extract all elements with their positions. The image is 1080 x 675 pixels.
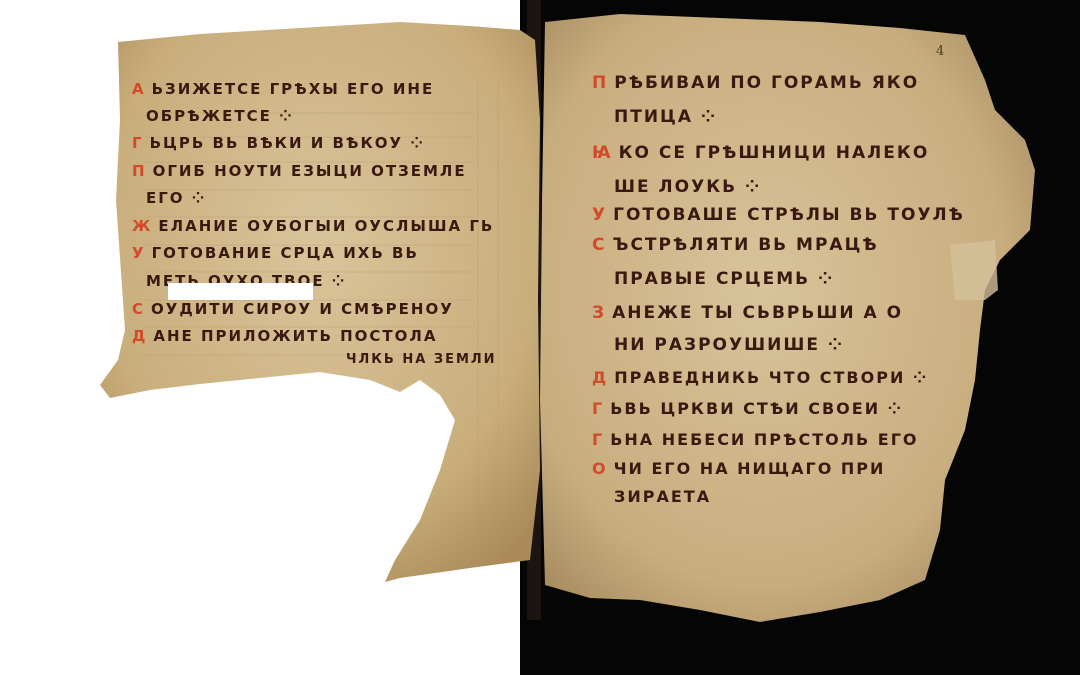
text-line: ЗАНЕЖЕ ТЫ СЬВРЬШИ А О (592, 303, 903, 323)
text-line: СЪСТРѢЛЯТИ ВЬ МРАЦѢ (592, 235, 879, 255)
text-line: ПТИЦА ⁘ (614, 107, 717, 127)
text-line: ШЕ ЛОУКЬ ⁘ (614, 177, 761, 197)
text-line: ОЧИ ЕГО НА НИЩАГО ПРИ (592, 459, 885, 478)
text-line: ГЬНА НЕБЕСИ ПРѢСТОЛЬ ЕГО (592, 430, 919, 449)
text-line: ДПРАВЕДНИКЬ ЧТО СТВОРИ ⁘ (592, 368, 928, 387)
text-line: ЗИРАЕТА (614, 487, 711, 506)
folio-number: 4 (936, 44, 944, 59)
text-line: ПРѢБИВАИ ПО ГОРАМЬ ЯКО (592, 73, 919, 93)
text-line: НИ РАЗРОУШИШЕ ⁘ (614, 335, 844, 355)
text-line: УГОТОВАШЕ СТРѢЛЫ ВЬ ТОУЛѢ (592, 205, 965, 225)
text-line: ПРАВЫЕ СРЦЕМЬ ⁘ (614, 269, 834, 289)
right-parchment-shape (0, 0, 1080, 675)
right-manuscript-page: 4 ПРѢБИВАИ ПО ГОРАМЬ ЯКО ПТИЦА ⁘ ꙖКО СЕ … (0, 0, 1080, 675)
text-line: ГЬВЬ ЦРКВИ СТѢИ СВОЕИ ⁘ (592, 399, 903, 418)
text-line: ꙖКО СЕ ГРѢШНИЦИ НАЛЕКО (592, 143, 929, 163)
